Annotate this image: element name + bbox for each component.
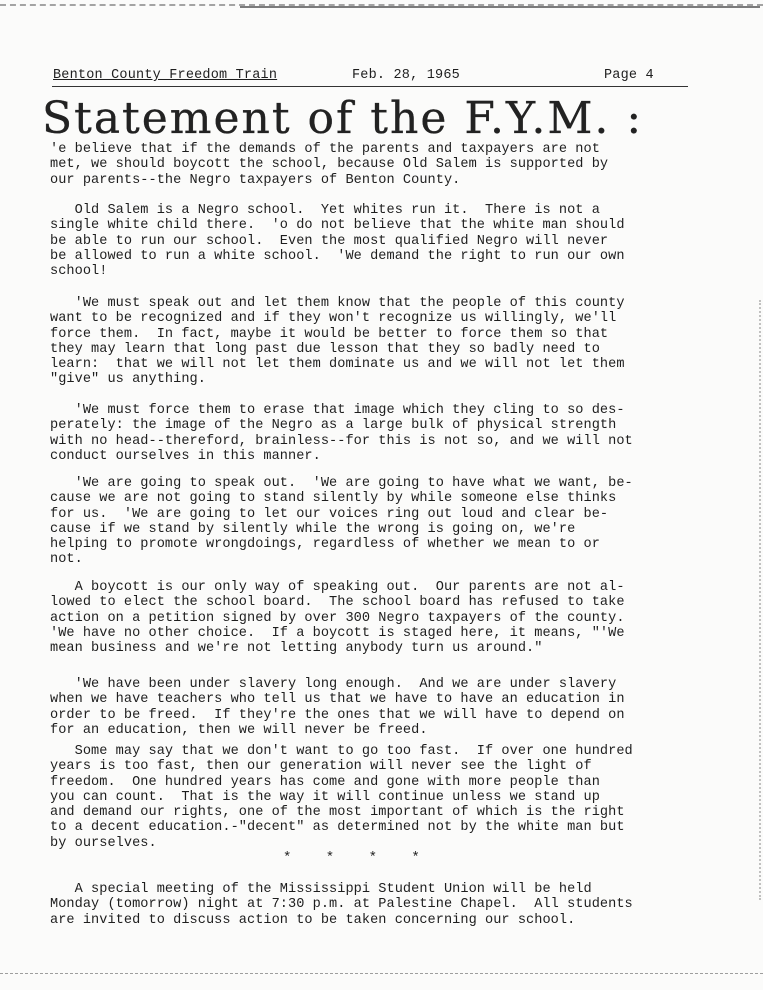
paragraph-8: Some may say that we don't want to go to…	[50, 744, 700, 851]
paragraph-1: 'e believe that if the demands of the pa…	[50, 142, 700, 188]
paragraph-6: A boycott is our only way of speaking ou…	[50, 580, 700, 656]
page-number: Page 4	[604, 68, 654, 83]
scan-edge-top-line	[240, 6, 760, 8]
section-separator: * * * *	[283, 850, 420, 866]
paragraph-3: 'We must speak out and let them know tha…	[50, 296, 700, 388]
newspaper-name: Benton County Freedom Train	[53, 68, 277, 83]
paragraph-2: Old Salem is a Negro school. Yet whites …	[50, 203, 700, 279]
paragraph-4: 'We must force them to erase that image …	[50, 403, 700, 464]
paragraph-5: 'We are going to speak out. 'We are goin…	[50, 476, 700, 568]
issue-date: Feb. 28, 1965	[352, 68, 460, 83]
article-title: Statement of the F.Y.M. :	[42, 93, 643, 144]
meeting-announcement: A special meeting of the Mississippi Stu…	[50, 882, 700, 928]
scan-edge-right	[759, 300, 761, 900]
scan-edge-bottom	[0, 973, 763, 974]
page-header: Benton County Freedom Train Feb. 28, 196…	[52, 68, 688, 87]
paragraph-7: 'We have been under slavery long enough.…	[50, 677, 700, 738]
